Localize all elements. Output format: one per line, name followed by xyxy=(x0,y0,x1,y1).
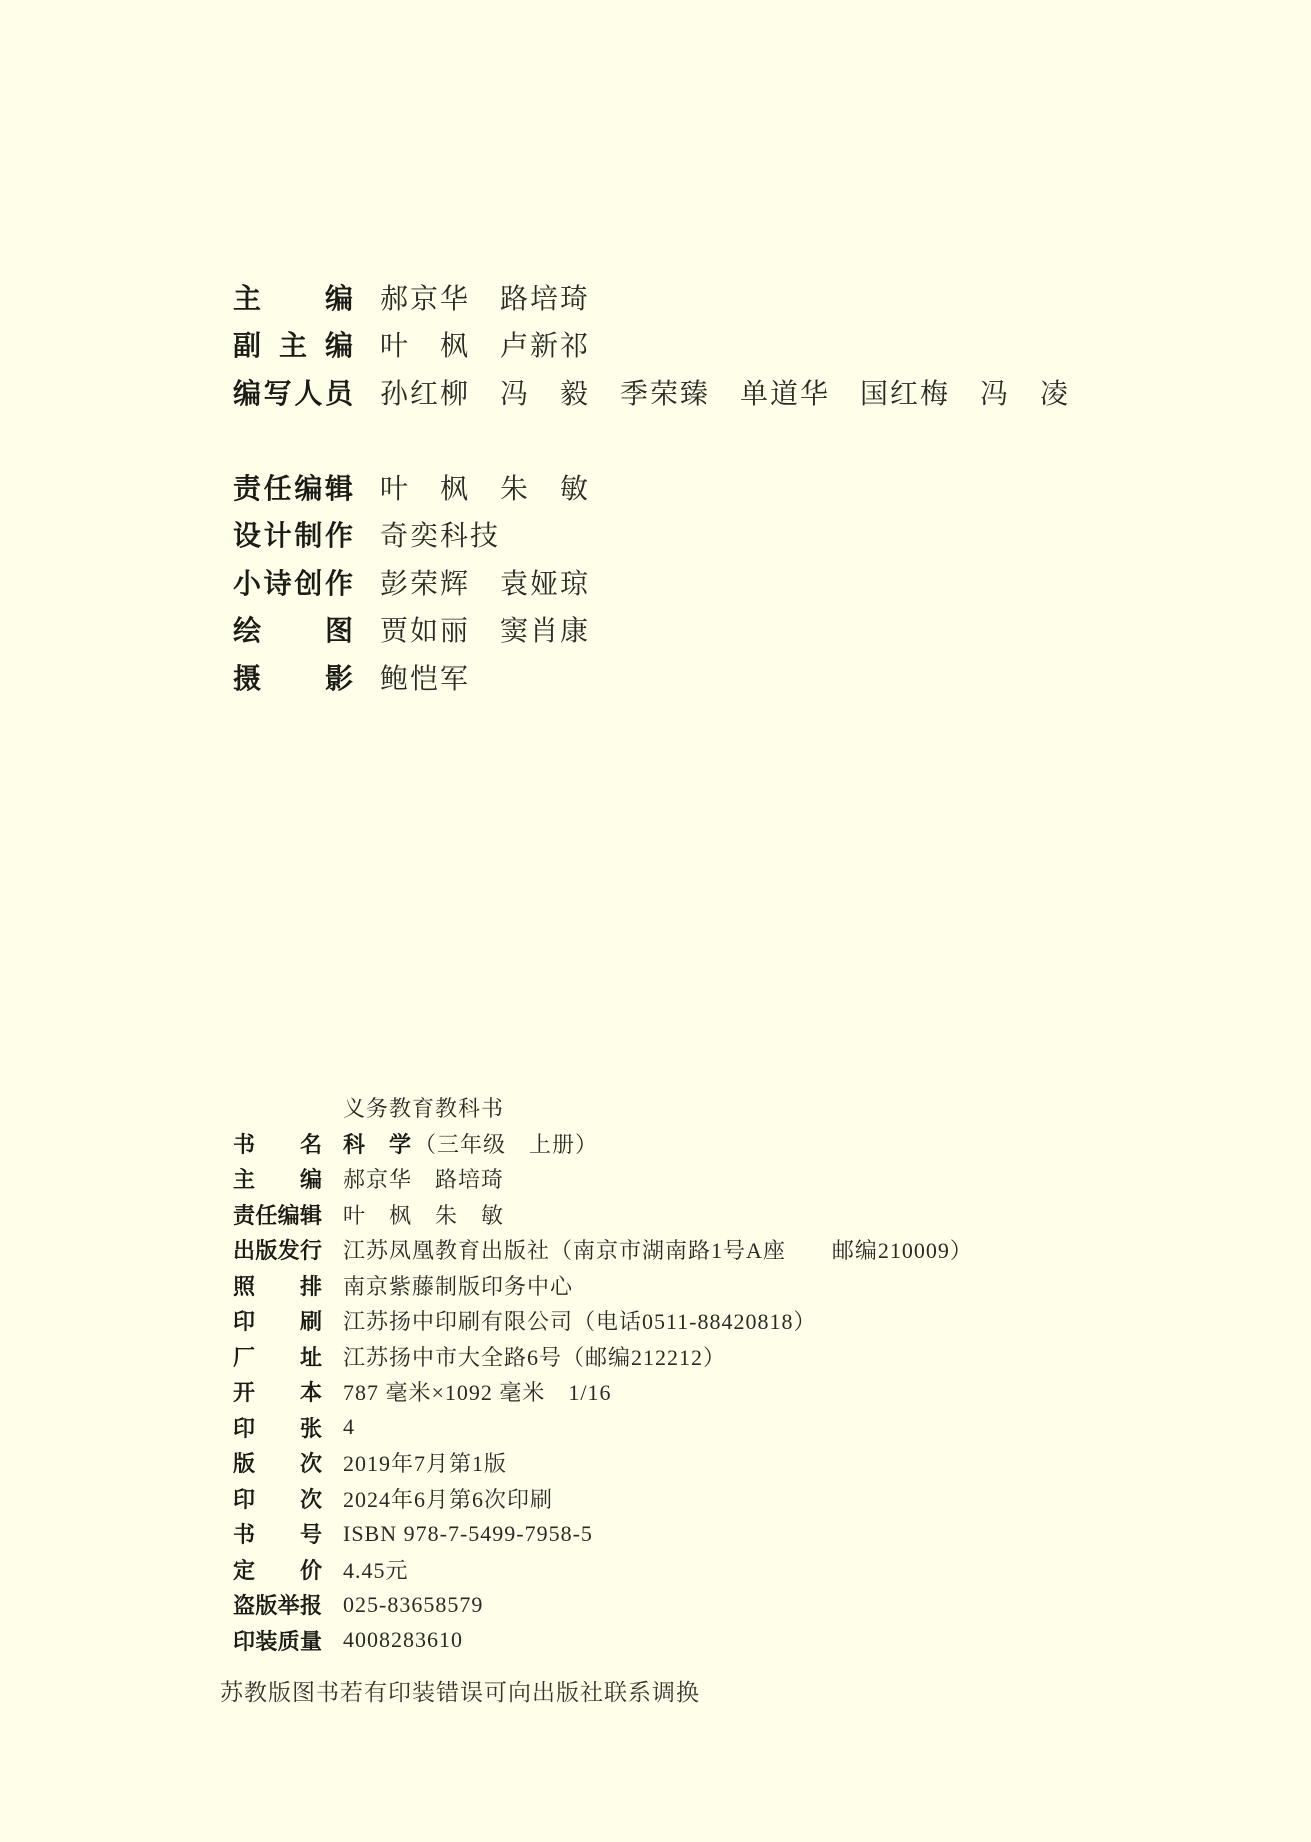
credit-value: 鲍恺军 xyxy=(380,657,470,697)
colophon-row-sheets: 印张 4 xyxy=(233,1410,973,1446)
credit-row-deputy-editor: 副主编 叶 枫 卢新祁 xyxy=(233,321,1070,369)
colophon-value: 4 xyxy=(343,1414,355,1440)
credit-value: 叶 枫 朱 敏 xyxy=(380,467,590,507)
colophon-row-price: 定价 4.45元 xyxy=(233,1552,973,1588)
exchange-note: 苏教版图书若有印装错误可向出版社联系调换 xyxy=(220,1674,700,1707)
credit-label: 责任编辑 xyxy=(233,467,353,507)
colophon-label: 开本 xyxy=(233,1376,322,1407)
colophon-label: 书名 xyxy=(233,1128,322,1159)
colophon-label: 照排 xyxy=(233,1270,322,1301)
series-title: 义务教育教科书 xyxy=(343,1092,504,1123)
editors-block: 主编 郝京华 路培琦 副主编 叶 枫 卢新祁 编写人员 孙红柳 冯 毅 季荣臻 … xyxy=(233,273,1070,416)
colophon-label: 印装质量 xyxy=(233,1625,322,1656)
credit-row-illustration: 绘图 贾如丽 窦肖康 xyxy=(233,606,590,654)
book-title-suffix: （三年级 上册） xyxy=(414,1132,598,1157)
colophon-label: 印次 xyxy=(233,1483,322,1514)
series-title-row: 义务教育教科书 xyxy=(233,1090,973,1126)
colophon-row-factory-address: 厂址 江苏扬中市大全路6号（邮编212212） xyxy=(233,1339,973,1375)
credit-row-design: 设计制作 奇奕科技 xyxy=(233,511,590,559)
credit-row-writers: 编写人员 孙红柳 冯 毅 季荣臻 单道华 国红梅 冯 凌 xyxy=(233,368,1070,416)
colophon-value: ISBN 978-7-5499-7958-5 xyxy=(343,1521,593,1547)
colophon-label: 盗版举报 xyxy=(233,1589,322,1620)
colophon-label: 责任编辑 xyxy=(233,1199,322,1230)
colophon-value: 4.45元 xyxy=(343,1554,409,1585)
colophon-row-chief-editor: 主编 郝京华 路培琦 xyxy=(233,1161,973,1197)
credit-label: 小诗创作 xyxy=(233,562,353,602)
colophon-row-edition: 版次 2019年7月第1版 xyxy=(233,1445,973,1481)
credit-label: 摄影 xyxy=(233,657,353,697)
credit-label: 编写人员 xyxy=(233,372,353,412)
colophon-row-responsible-editor: 责任编辑 叶 枫 朱 敏 xyxy=(233,1197,973,1233)
colophon-row-impression: 印次 2024年6月第6次印刷 xyxy=(233,1481,973,1517)
colophon-label: 厂址 xyxy=(233,1341,322,1372)
credit-row-photography: 摄影 鲍恺军 xyxy=(233,653,590,701)
credit-label: 副主编 xyxy=(233,324,353,364)
publication-info-block: 义务教育教科书 书名 科 学（三年级 上册） 主编 郝京华 路培琦 责任编辑 叶… xyxy=(233,1090,973,1658)
colophon-value: 郝京华 路培琦 xyxy=(343,1163,504,1194)
colophon-row-quality-hotline: 印装质量 4008283610 xyxy=(233,1623,973,1659)
colophon-value: 787 毫米×1092 毫米 1/16 xyxy=(343,1376,612,1407)
credit-label: 绘图 xyxy=(233,609,353,649)
colophon-value: 2019年7月第1版 xyxy=(343,1447,507,1478)
credit-value: 郝京华 路培琦 xyxy=(380,277,590,317)
colophon-page: 主编 郝京华 路培琦 副主编 叶 枫 卢新祁 编写人员 孙红柳 冯 毅 季荣臻 … xyxy=(0,0,1311,1842)
colophon-row-format: 开本 787 毫米×1092 毫米 1/16 xyxy=(233,1374,973,1410)
colophon-row-piracy-hotline: 盗版举报 025-83658579 xyxy=(233,1587,973,1623)
book-title: 科 学 xyxy=(343,1132,412,1157)
colophon-label: 主编 xyxy=(233,1163,322,1194)
staff-block: 责任编辑 叶 枫 朱 敏 设计制作 奇奕科技 小诗创作 彭荣辉 袁娅琼 绘图 贾… xyxy=(233,463,590,701)
credit-value: 奇奕科技 xyxy=(380,514,500,554)
colophon-label: 出版发行 xyxy=(233,1234,322,1265)
colophon-value: 4008283610 xyxy=(343,1627,463,1653)
credit-value: 孙红柳 冯 毅 季荣臻 单道华 国红梅 冯 凌 xyxy=(380,372,1070,412)
colophon-value: 科 学（三年级 上册） xyxy=(343,1128,598,1159)
colophon-row-isbn: 书号 ISBN 978-7-5499-7958-5 xyxy=(233,1516,973,1552)
colophon-value: 叶 枫 朱 敏 xyxy=(343,1199,504,1230)
colophon-value: 025-83658579 xyxy=(343,1592,483,1618)
credit-value: 叶 枫 卢新祁 xyxy=(380,324,590,364)
credit-value: 贾如丽 窦肖康 xyxy=(380,609,590,649)
colophon-row-printer: 印刷 江苏扬中印刷有限公司（电话0511-88420818） xyxy=(233,1303,973,1339)
credit-label: 主编 xyxy=(233,277,353,317)
credit-value: 彭荣辉 袁娅琼 xyxy=(380,562,590,602)
colophon-label: 印刷 xyxy=(233,1305,322,1336)
colophon-label: 书号 xyxy=(233,1518,322,1549)
colophon-label: 定价 xyxy=(233,1554,322,1585)
colophon-value: 2024年6月第6次印刷 xyxy=(343,1483,553,1514)
colophon-label: 版次 xyxy=(233,1447,322,1478)
colophon-value: 江苏扬中印刷有限公司（电话0511-88420818） xyxy=(343,1305,817,1336)
colophon-value: 江苏扬中市大全路6号（邮编212212） xyxy=(343,1341,726,1372)
colophon-value: 江苏凤凰教育出版社（南京市湖南路1号A座 邮编210009） xyxy=(343,1234,973,1265)
credit-row-chief-editor: 主编 郝京华 路培琦 xyxy=(233,273,1070,321)
credit-label: 设计制作 xyxy=(233,514,353,554)
credit-row-responsible-editor: 责任编辑 叶 枫 朱 敏 xyxy=(233,463,590,511)
credit-row-poems: 小诗创作 彭荣辉 袁娅琼 xyxy=(233,558,590,606)
colophon-label: 印张 xyxy=(233,1412,322,1443)
colophon-row-publisher: 出版发行 江苏凤凰教育出版社（南京市湖南路1号A座 邮编210009） xyxy=(233,1232,973,1268)
colophon-row-book-title: 书名 科 学（三年级 上册） xyxy=(233,1126,973,1162)
colophon-row-typesetting: 照排 南京紫藤制版印务中心 xyxy=(233,1268,973,1304)
colophon-value: 南京紫藤制版印务中心 xyxy=(343,1270,573,1301)
